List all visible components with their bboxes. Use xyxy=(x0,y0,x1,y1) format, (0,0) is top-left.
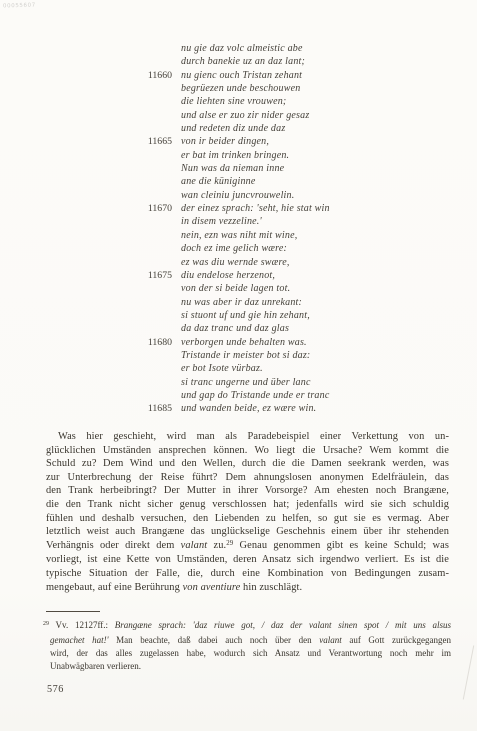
footnote-line: gemachet hat!' Man beachte, daß dabei au… xyxy=(43,634,451,647)
verse-line: 11660nu gienc ouch Tristan zehant xyxy=(132,69,330,82)
prose-line: vorliegt, ist eine Kette von Umständen, … xyxy=(46,553,449,567)
verse-block: nu gie daz volc almeistic abedurch banek… xyxy=(132,42,330,416)
verse-line: und redeten diz unde daz xyxy=(132,122,330,135)
verse-line: si stuont uf und gie hin zehant, xyxy=(132,309,330,322)
prose-line: letztlich weist auch Brangæne das unglüc… xyxy=(46,525,449,539)
prose-line: die den Trank nicht sicher genug verschl… xyxy=(46,498,449,512)
verse-line-text: er bat im trinken bringen. xyxy=(181,150,289,161)
prose-line: zur Unterbrechung der Reise führt? Dem a… xyxy=(46,471,449,485)
verse-line: da daz tranc und daz glas xyxy=(132,322,330,335)
verse-line-text: und redeten diz unde daz xyxy=(181,123,285,134)
verse-line-text: ane die küniginne xyxy=(181,176,256,187)
footnote-reference: 29 xyxy=(226,540,233,547)
text-run: Man beachte, daß dabei auch noch über de… xyxy=(109,635,320,645)
text-run: mengebaut, auf eine Berührung xyxy=(46,582,183,593)
verse-line-number: 11660 xyxy=(132,69,172,82)
verse-line: in disem vezzeline.' xyxy=(132,215,330,228)
verse-line-text: doch ez ime gelich wære: xyxy=(181,243,287,254)
footnote-line: Unabwägbaren verlieren. xyxy=(43,660,451,673)
verse-line: 11680verborgen unde behalten was. xyxy=(132,336,330,349)
prose-line: mengebaut, auf eine Berührung von aventi… xyxy=(46,581,449,595)
footnote-line: wird, der das alles zugelassen habe, wod… xyxy=(43,647,451,660)
prose-line: Verhängnis oder direkt dem valant zu.29 … xyxy=(46,539,449,554)
verse-line-number: 11685 xyxy=(132,402,172,415)
verse-line-text: die liehten sine vrouwen; xyxy=(181,96,286,107)
prose-line: typische Situation der Falle, die, durch… xyxy=(46,567,449,581)
verse-line-text: diu endelose herzenot, xyxy=(181,270,275,281)
text-run: glücklichen Umständen ansprechen können.… xyxy=(46,445,449,456)
verse-line-text: verborgen unde behalten was. xyxy=(181,337,307,348)
verse-line: nu was aber ir daz unrekant: xyxy=(132,296,330,309)
text-run: Was hier geschieht, wird man als Paradeb… xyxy=(58,431,449,442)
footnote-line: 29 Vv. 12127ff.: Brangæne sprach: 'daz r… xyxy=(43,619,451,634)
italic-term: valant xyxy=(319,635,342,645)
verse-line: 11670der einez sprach: 'seht, hie stat w… xyxy=(132,202,330,215)
text-run: zu. xyxy=(207,540,226,551)
text-run: Unabwägbaren verlieren. xyxy=(50,661,141,671)
text-run: auf Gott zurückgegangen xyxy=(342,635,451,645)
verse-line: 11685und wanden beide, ez wære win. xyxy=(132,402,330,415)
verse-line-text: nu gienc ouch Tristan zehant xyxy=(181,70,302,81)
text-run: Schuld zu? Dem Wind und den Wellen, durc… xyxy=(46,458,449,469)
verse-line-text: und wanden beide, ez wære win. xyxy=(181,403,316,414)
prose-line: Schuld zu? Dem Wind und den Wellen, durc… xyxy=(46,457,449,471)
verse-line: begrüezen unde beschouwen xyxy=(132,82,330,95)
verse-line: er bat im trinken bringen. xyxy=(132,149,330,162)
verse-line-text: si tranc ungerne und über lanc xyxy=(181,377,311,388)
verse-line: ane die küniginne xyxy=(132,175,330,188)
verse-line-text: von ir beider dingen, xyxy=(181,136,269,147)
verse-line-text: der einez sprach: 'seht, hie stat win xyxy=(181,203,330,214)
text-run: zur Unterbrechung der Reise führt? Dem a… xyxy=(46,472,449,483)
verse-line: doch ez ime gelich wære: xyxy=(132,242,330,255)
verse-line: und alse er zuo zir nider gesaz xyxy=(132,109,330,122)
verse-line-text: durch banekie uz an daz lant; xyxy=(181,56,305,67)
verse-line-text: ez was diu wernde swære, xyxy=(181,257,290,268)
verse-line: ez was diu wernde swære, xyxy=(132,256,330,269)
verse-line-text: nu was aber ir daz unrekant: xyxy=(181,297,302,308)
verse-line-text: si stuont uf und gie hin zehant, xyxy=(181,310,310,321)
verse-line: von der si beide lagen tot. xyxy=(132,282,330,295)
verse-line-text: wan cleiniu juncvrouwelin. xyxy=(181,190,294,201)
verse-line: 11675diu endelose herzenot, xyxy=(132,269,330,282)
verse-line-text: er bot Isote vürbaz. xyxy=(181,363,263,374)
prose-line: den Trank herbeibringt? Der Mutter in ih… xyxy=(46,484,449,498)
verse-line-text: nein, ezn was niht mit wine, xyxy=(181,230,297,241)
verse-line: die liehten sine vrouwen; xyxy=(132,95,330,108)
text-run: wird, der das alles zugelassen habe, wod… xyxy=(50,648,451,658)
prose-line: Was hier geschieht, wird man als Paradeb… xyxy=(46,430,449,444)
verse-line-number: 11665 xyxy=(132,135,172,148)
verse-line: wan cleiniu juncvrouwelin. xyxy=(132,189,330,202)
text-run: Genau genommen gibt es keine Schuld; was xyxy=(233,540,449,551)
verse-line-text: von der si beide lagen tot. xyxy=(181,283,290,294)
italic-term: Brangæne sprach: 'daz riuwe got, / daz d… xyxy=(115,620,451,630)
footnote-separator xyxy=(46,611,100,612)
scan-artifact-line xyxy=(463,645,474,699)
verse-line-text: und gap do Tristande unde er tranc xyxy=(181,390,329,401)
verse-line: nu gie daz volc almeistic abe xyxy=(132,42,330,55)
footnote-block: 29 Vv. 12127ff.: Brangæne sprach: 'daz r… xyxy=(43,619,451,673)
text-run: typische Situation der Falle, die, durch… xyxy=(46,568,449,579)
prose-line: fühlen und deshalb versuchen, den Lieben… xyxy=(46,512,449,526)
verse-line: 11665von ir beider dingen, xyxy=(132,135,330,148)
verse-line-text: Nun was da nieman inne xyxy=(181,163,284,174)
verse-line-number: 11675 xyxy=(132,269,172,282)
verse-line-text: Tristande ir meister bot si daz: xyxy=(181,350,310,361)
page-number: 576 xyxy=(47,684,64,695)
text-run: die den Trank nicht sicher genug verschl… xyxy=(46,499,449,510)
prose-line: glücklichen Umständen ansprechen können.… xyxy=(46,444,449,458)
verse-line-text: da daz tranc und daz glas xyxy=(181,323,289,334)
verse-line-text: nu gie daz volc almeistic abe xyxy=(181,43,303,54)
verse-line: und gap do Tristande unde er tranc xyxy=(132,389,330,402)
text-run: vorliegt, ist eine Kette von Umständen, … xyxy=(46,554,449,565)
italic-term: gemachet hat!' xyxy=(50,635,109,645)
footnote-reference: 29 xyxy=(43,621,49,627)
italic-term: valant xyxy=(181,540,208,551)
verse-line-text: in disem vezzeline.' xyxy=(181,216,262,227)
verse-line: si tranc ungerne und über lanc xyxy=(132,376,330,389)
verse-line: Nun was da nieman inne xyxy=(132,162,330,175)
book-page: 00055607 nu gie daz volc almeistic abedu… xyxy=(0,0,477,731)
verse-line: er bot Isote vürbaz. xyxy=(132,362,330,375)
text-run: Vv. 12127ff.: xyxy=(49,620,115,630)
text-run: den Trank herbeibringt? Der Mutter in ih… xyxy=(46,485,449,496)
verse-line-text: und alse er zuo zir nider gesaz xyxy=(181,110,309,121)
text-run: Verhängnis oder direkt dem xyxy=(46,540,181,551)
verse-line-text: begrüezen unde beschouwen xyxy=(181,83,300,94)
verse-line: Tristande ir meister bot si daz: xyxy=(132,349,330,362)
text-run: letztlich weist auch Brangæne das unglüc… xyxy=(46,526,449,537)
verse-line-number: 11680 xyxy=(132,336,172,349)
verse-line: nein, ezn was niht mit wine, xyxy=(132,229,330,242)
verse-line: durch banekie uz an daz lant; xyxy=(132,55,330,68)
verse-line-number: 11670 xyxy=(132,202,172,215)
italic-term: von aventiure xyxy=(183,582,241,593)
prose-paragraph: Was hier geschieht, wird man als Paradeb… xyxy=(46,430,449,594)
text-run: hin zuschlägt. xyxy=(240,582,302,593)
text-run: fühlen und deshalb versuchen, den Lieben… xyxy=(46,513,449,524)
scan-watermark: 00055607 xyxy=(3,3,36,10)
